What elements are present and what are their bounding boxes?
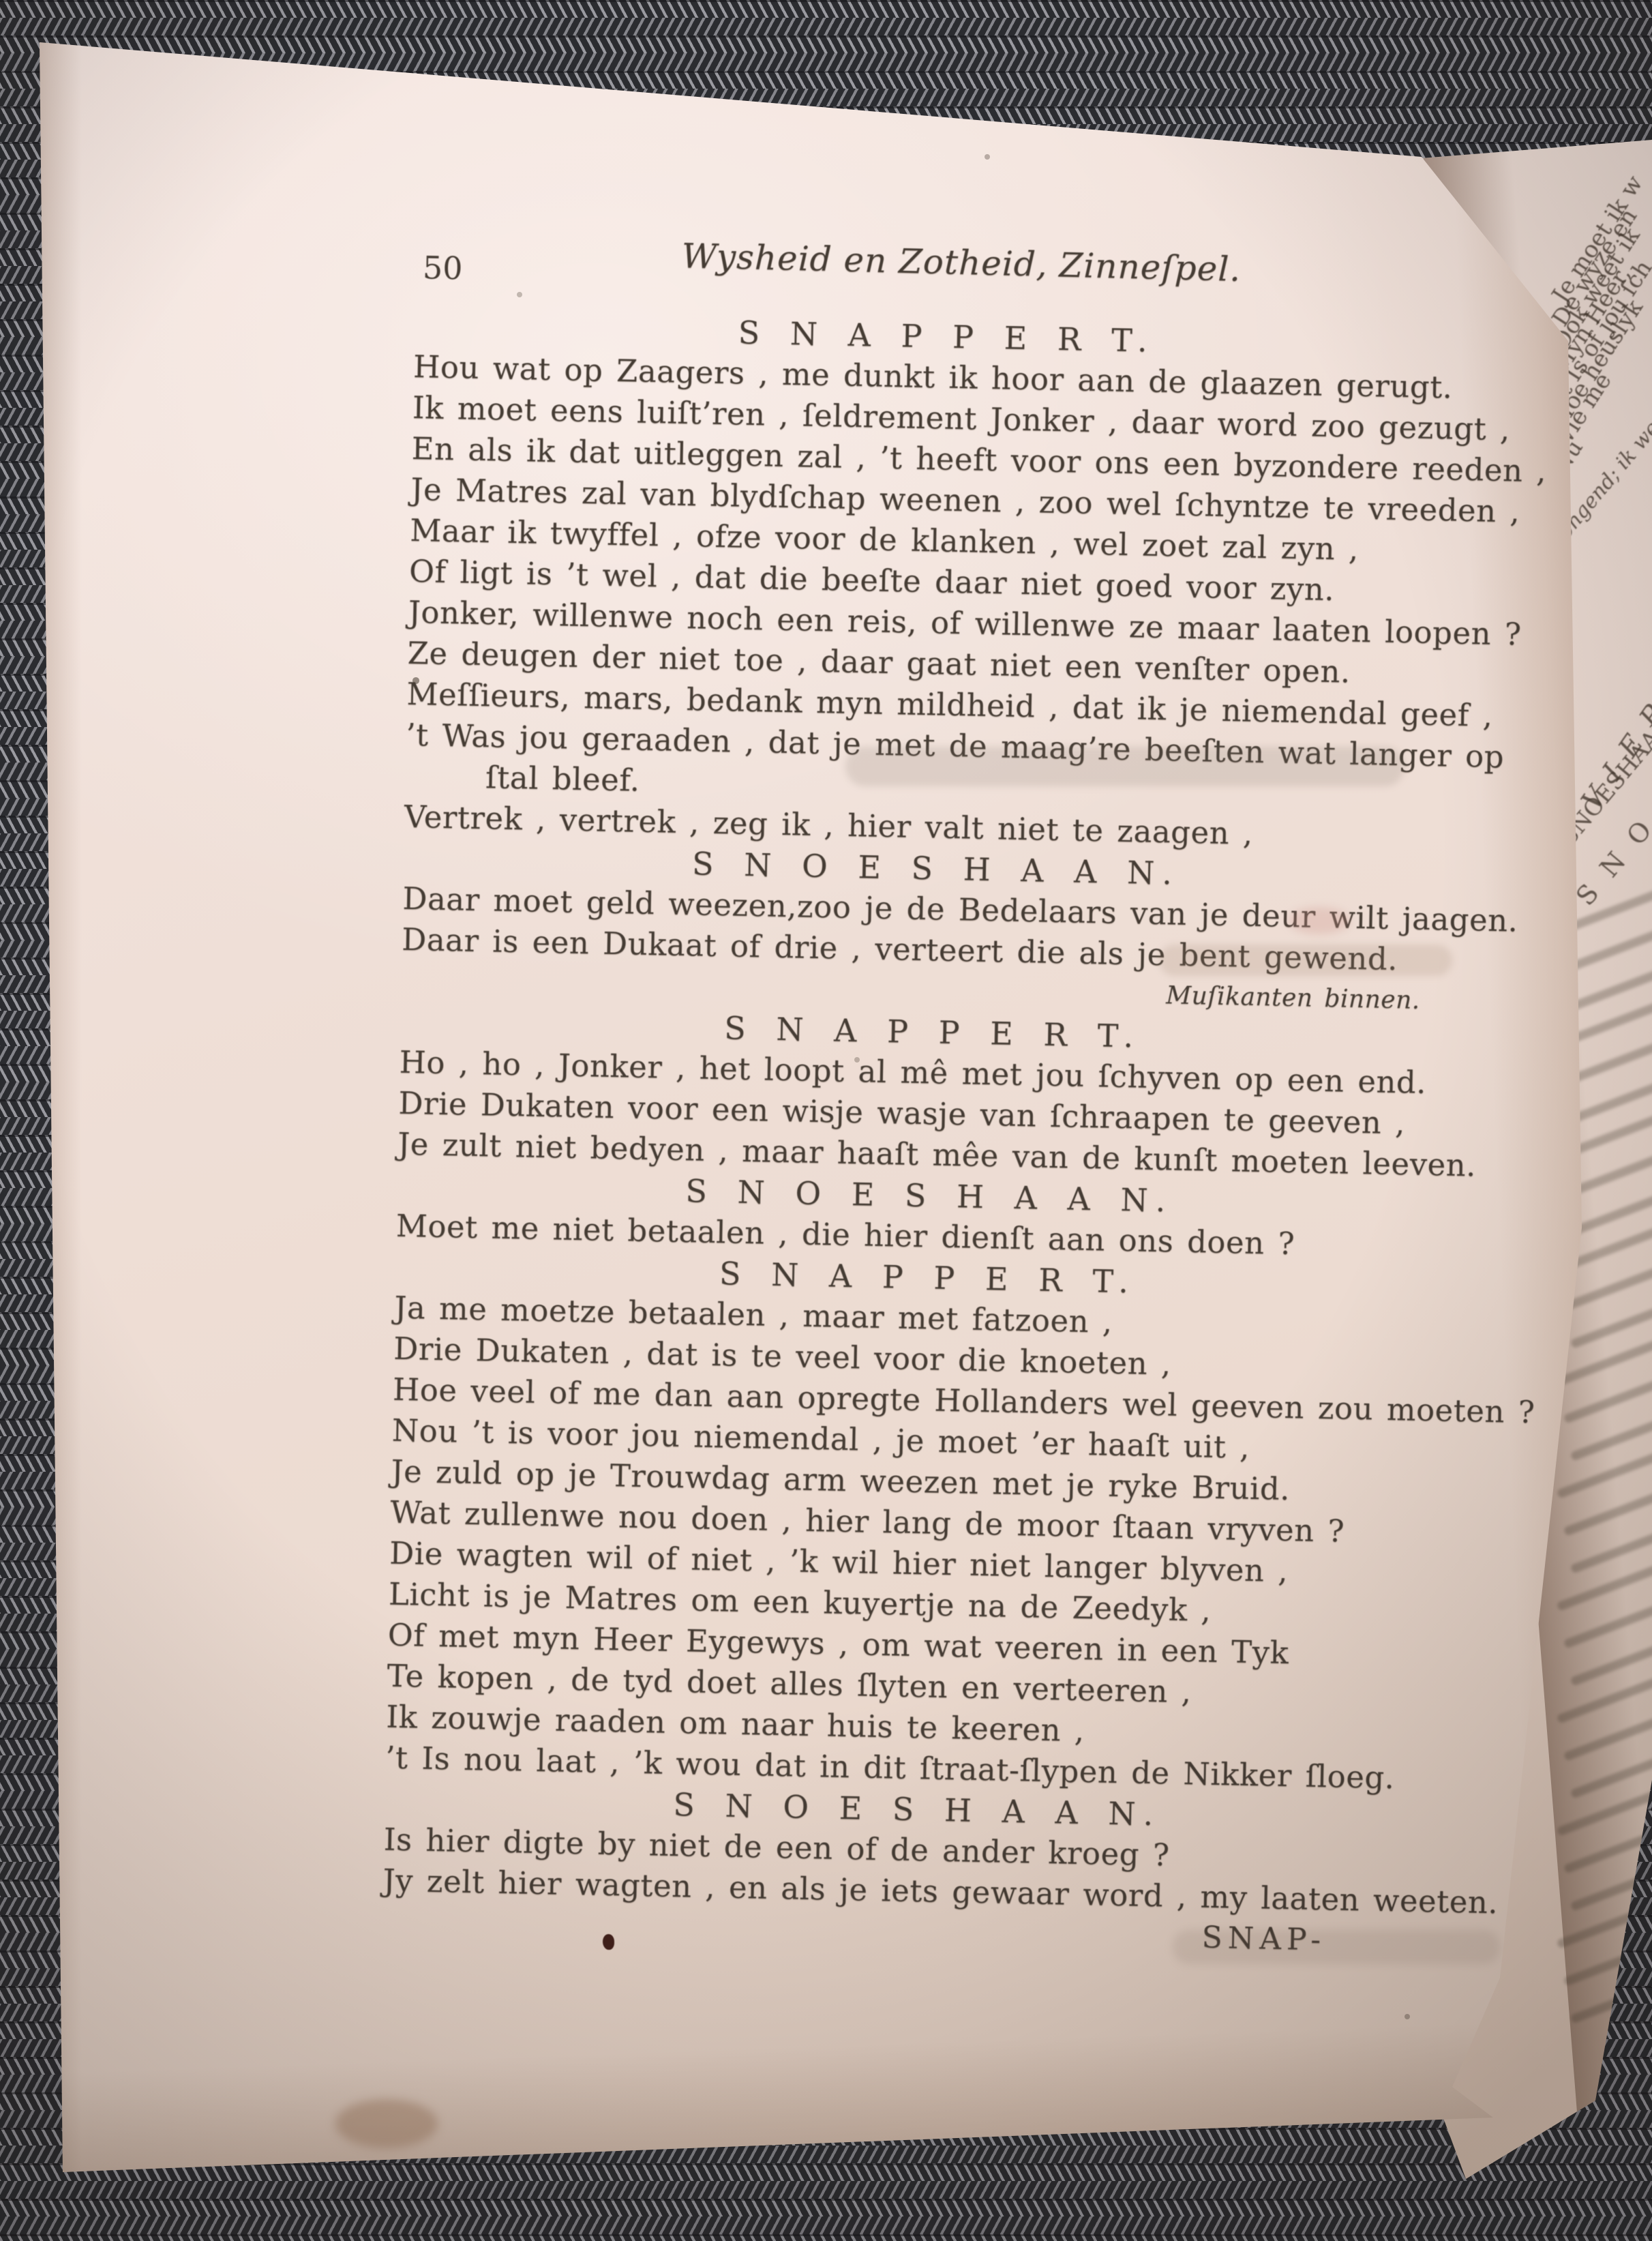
show-through-smudge <box>1159 945 1452 976</box>
ink-blot <box>603 1934 614 1950</box>
show-through-smudge <box>845 747 1405 786</box>
paper-stain <box>1289 907 1350 934</box>
page-number: 50 <box>422 249 463 286</box>
show-through-smudge <box>1173 1930 1500 1964</box>
running-header: Wysheid en Zotheid, Zinneſpel. <box>599 234 1323 291</box>
book-photo-scene: Je moet ik wDe wyze enOok weet ikMyn Hee… <box>0 0 1652 2241</box>
book-page: 50 Wysheid en Zotheid, Zinneſpel. S N A … <box>0 0 1652 2241</box>
paper-stain <box>335 2099 438 2148</box>
text-block: S N A P P E R T.Hou wat op Zaagers , me … <box>382 306 1482 1963</box>
